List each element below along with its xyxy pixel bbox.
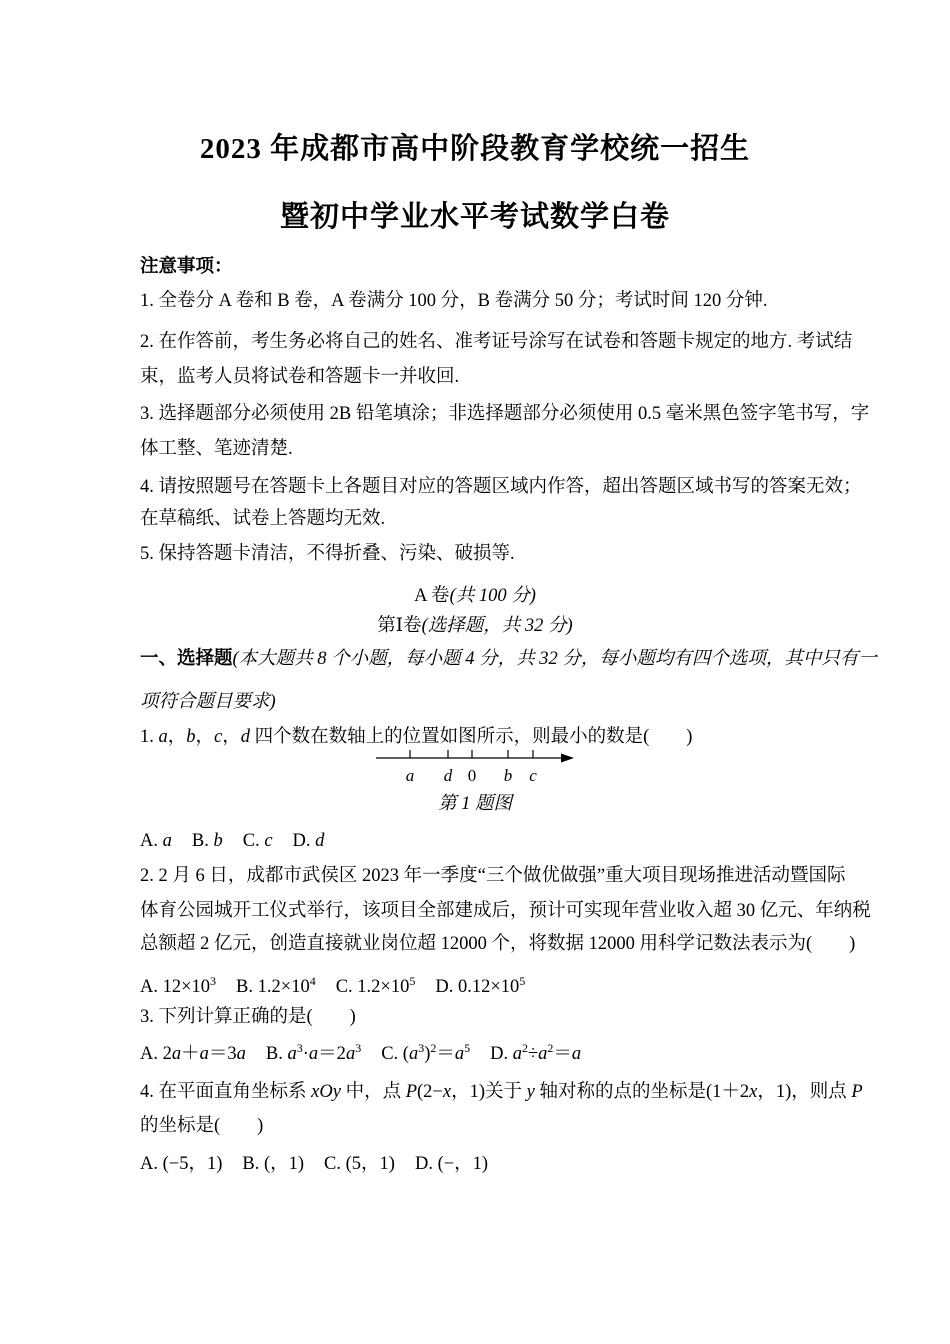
q3-option-b: B. a3·a＝2a3 [266,1041,361,1068]
q3-option-c: C. (a3)2＝a5 [381,1041,470,1068]
volume-a-label: A 卷 [414,586,449,606]
q3-option-a: A. 2a＋a＝3a [140,1041,246,1068]
axis-label-b: b [504,766,513,785]
notice-line-3: 3. 选择题部分必须使用 2B 铅笔填涂；非选择题部分必须使用 0.5 毫米黑色… [140,401,812,427]
notice-line-4: 4. 请按照题号在答题卡上各题目对应的答题区域内作答，超出答题区域书写的答案无效… [140,474,812,500]
part1-label: 第Ⅰ卷 [377,616,421,636]
figure-1-caption: 第 1 题图 [0,791,950,817]
notice-line-3b: 体工整、笔迹清楚. [140,436,812,462]
notice-heading: 注意事项： [140,254,812,280]
mc-section-heading: 一、选择题(本大题共 8 个小题，每小题 4 分，共 32 分，每小题均有四个选… [140,646,812,672]
q4-option-a: A. (−5，1) [140,1151,222,1177]
q2-option-c: C. 1.2×105 [336,974,416,1001]
q4-option-b: B. (，1) [242,1151,304,1177]
question-3-stem: 3. 下列计算正确的是( ) [140,1004,812,1030]
axis-arrowhead-icon [561,754,574,763]
question-1-options: A. a B. b C. c D. d [140,828,812,854]
question-2-options: A. 12×103 B. 1.2×104 C. 1.2×105 D. 0.12×… [140,974,812,1001]
question-3-options: A. 2a＋a＝3a B. a3·a＝2a3 C. (a3)2＝a5 D. a2… [140,1041,812,1068]
question-2-line-1: 2. 2 月 6 日，成都市武侯区 2023 年一季度“三个做优做强”重大项目现… [140,863,812,889]
q4-option-c: C. (5，1) [324,1151,395,1177]
exam-title-line1: 2023 年成都市高中阶段教育学校统一招生 [0,131,950,167]
question-2-line-3: 总额超 2 亿元，创造直接就业岗位超 12000 个，将数据 12000 用科学… [140,931,812,957]
exam-title-line2: 暨初中学业水平考试数学白卷 [0,199,950,235]
q2-option-d: D. 0.12×105 [435,974,525,1001]
q2-option-b: B. 1.2×104 [236,974,316,1001]
axis-label-0: 0 [468,766,477,785]
mc-heading-note-1: (本大题共 8 个小题，每小题 4 分，共 32 分，每小题均有四个选项，其中只… [233,649,877,669]
part1-heading: 第Ⅰ卷(选择题，共 32 分) [0,613,950,639]
volume-a-score: (共 100 分) [450,586,536,606]
question-4-line-1: 4. 在平面直角坐标系 xOy 中，点 P(2−x，1)关于 y 轴对称的点的坐… [140,1079,812,1105]
q1-option-c: C. c [243,828,273,854]
q1-option-d: D. d [293,828,325,854]
exam-paper-page: 2023 年成都市高中阶段教育学校统一招生 暨初中学业水平考试数学白卷 注意事项… [0,0,950,1344]
mc-heading-note-2: 项符合题目要求) [140,689,812,715]
part1-score: (选择题，共 32 分) [422,616,573,636]
axis-label-a: a [406,766,415,785]
axis-label-d: d [444,766,453,785]
question-4-line-2: 的坐标是( ) [140,1113,812,1139]
mc-heading-label: 一、选择题 [140,649,233,669]
volume-a-heading: A 卷(共 100 分) [0,583,950,609]
notice-line-2b: 束，监考人员将试卷和答题卡一并收回. [140,364,812,390]
notice-line-2: 2. 在作答前，考生务必将自己的姓名、准考证号涂写在试卷和答题卡规定的地方. 考… [140,329,812,355]
q3-option-d: D. a2÷a2＝a [490,1041,581,1068]
question-4-options: A. (−5，1) B. (，1) C. (5，1) D. (−，1) [140,1151,812,1177]
notice-line-5: 5. 保持答题卡清洁，不得折叠、污染、破损等. [140,541,812,567]
q2-option-a: A. 12×103 [140,974,216,1001]
notice-line-1: 1. 全卷分 A 卷和 B 卷，A 卷满分 100 分，B 卷满分 50 分；考… [140,288,812,314]
q4-option-d: D. (−，1) [415,1151,488,1177]
question-2-line-2: 体育公园城开工仪式举行，该项目全部建成后，预计可实现年营业收入超 30 亿元、年… [140,898,812,924]
axis-label-c: c [529,766,537,785]
q1-option-b: B. b [192,828,223,854]
q1-option-a: A. a [140,828,172,854]
number-line-figure: a d 0 b c [372,744,578,788]
notice-line-4b: 在草稿纸、试卷上答题均无效. [140,506,812,532]
